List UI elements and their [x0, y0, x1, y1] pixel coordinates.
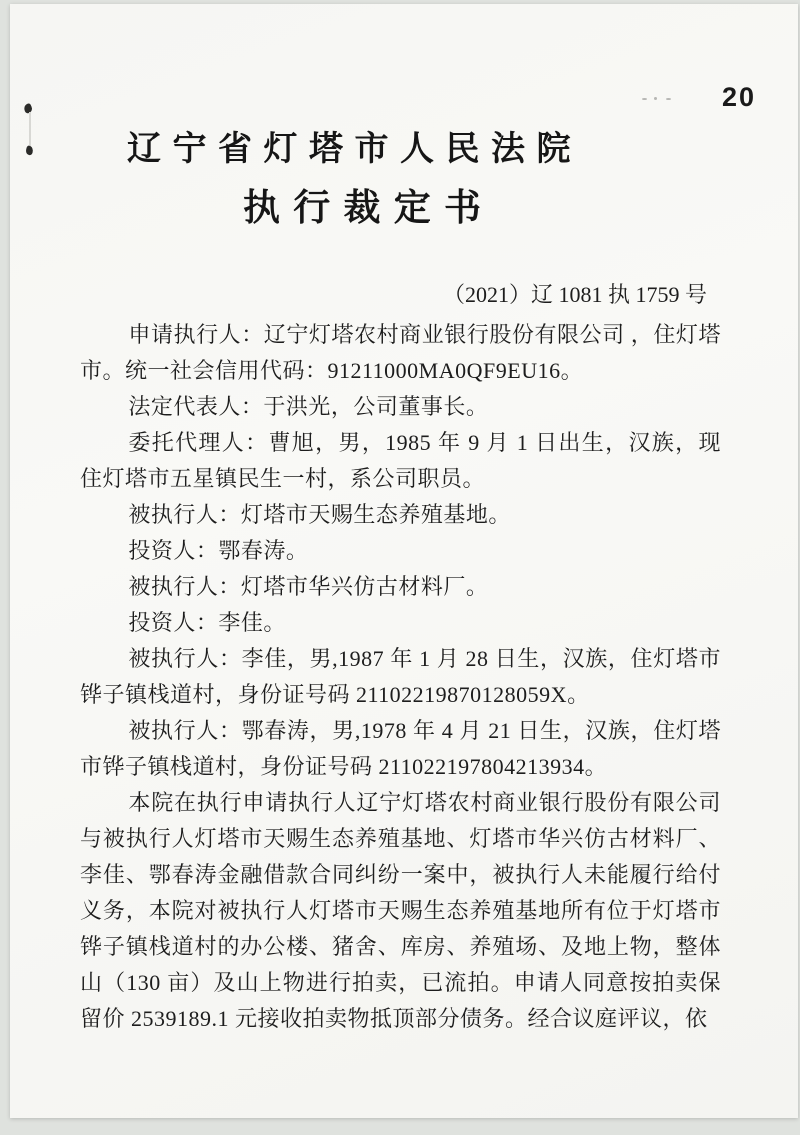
document-body: 申请执行人：辽宁灯塔农村商业银行股份有限公司 ，住灯塔市。统一社会信用代码：91…	[80, 317, 721, 1037]
paragraph-investor-1: 投资人：鄂春涛。	[80, 533, 721, 569]
page-number: 20	[722, 82, 756, 113]
court-name-heading: 辽 宁 省 灯 塔 市 人 民 法 院	[127, 131, 571, 168]
paragraph-respondent-1: 被执行人：灯塔市天赐生态养殖基地。	[80, 497, 721, 533]
paragraph-case-summary: 本院在执行申请执行人辽宁灯塔农村商业银行股份有限公司与被执行人灯塔市天赐生态养殖…	[80, 785, 721, 1037]
paragraph-investor-2: 投资人：李佳。	[80, 605, 721, 641]
paragraph-applicant: 申请执行人：辽宁灯塔农村商业银行股份有限公司 ，住灯塔市。统一社会信用代码：91…	[80, 317, 721, 389]
paragraph-respondent-2: 被执行人：灯塔市华兴仿古材料厂。	[80, 569, 721, 605]
paragraph-legal-rep: 法定代表人：于洪光，公司董事长。	[80, 389, 721, 425]
scanned-court-document-page: 20 辽 宁 省 灯 塔 市 人 民 法 院 执 行 裁 定 书 （2021）辽…	[0, 0, 800, 1135]
case-number: （2021）辽 1081 执 1759 号	[443, 278, 707, 309]
scan-streak	[29, 112, 31, 148]
scan-artifact-dots	[642, 96, 714, 102]
paragraph-respondent-3: 被执行人：李佳，男,1987 年 1 月 28 日生，汉族，住灯塔市铧子镇栈道村…	[80, 641, 721, 713]
document-title: 执 行 裁 定 书	[243, 189, 481, 230]
paragraph-respondent-4: 被执行人：鄂春涛，男,1978 年 4 月 21 日生，汉族，住灯塔市铧子镇栈道…	[80, 713, 721, 785]
paragraph-agent: 委托代理人：曹旭，男，1985 年 9 月 1 日出生，汉族，现住灯塔市五星镇民…	[80, 425, 721, 497]
